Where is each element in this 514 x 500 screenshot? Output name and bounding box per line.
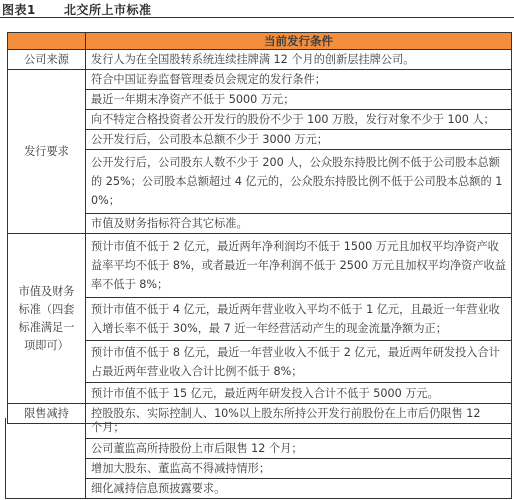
- header-cell-conditions: 当前发行条件: [86, 33, 512, 50]
- table-row: 发行要求 符合中国证券监督管理委员会规定的发行条件；: [8, 70, 512, 90]
- figure-caption: 北交所上市标准: [64, 3, 152, 17]
- table-row: 市值及财务标准（四套标准满足一项即可） 预计市值不低于 2 亿元，最近两年净利润…: [8, 234, 512, 298]
- condition-cell: 向不特定合格投资者公开发行的股份不少于 100 万股，发行对象不少于 100 人…: [86, 110, 512, 130]
- figure-number: 图表1: [2, 1, 64, 18]
- table-row: 公司来源 发行人为在全国股转系统连续挂牌满 12 个月的创新层挂牌公司。: [8, 50, 512, 70]
- condition-cell: 公司董监高所持股份上市后限售 12 个月；: [86, 438, 512, 458]
- condition-cell: 符合中国证券监督管理委员会规定的发行条件；: [86, 70, 512, 90]
- condition-cell: 细化减持信息预披露要求。: [86, 478, 512, 498]
- table-row: 个月；: [6, 418, 512, 438]
- condition-cell: 市值及财务指标符合其它标准。: [86, 214, 512, 234]
- category-cell-empty: [6, 418, 86, 498]
- condition-cell: 公开发行后，公司股本总额不少于 3000 万元；: [86, 130, 512, 150]
- listing-standards-table-continued: 个月； 公司董监高所持股份上市后限售 12 个月； 增加大股东、董监高不得减持情…: [5, 418, 512, 499]
- condition-cell: 增加大股东、董监高不得减持情形；: [86, 458, 512, 478]
- figure-title: 图表1北交所上市标准: [2, 1, 152, 17]
- condition-cell: 最近一年期末净资产不低于 5000 万元；: [86, 90, 512, 110]
- header-cell-category: [8, 33, 86, 50]
- condition-cell: 预计市值不低于 2 亿元，最近两年净利润均不低于 1500 万元且加权平均净资产…: [86, 234, 512, 298]
- condition-cell: 预计市值不低于 4 亿元，最近两年营业收入平均不低于 1 亿元，且最近一年营业收…: [86, 298, 512, 341]
- category-cell: 市值及财务标准（四套标准满足一项即可）: [8, 234, 86, 404]
- category-cell: 公司来源: [8, 50, 86, 70]
- condition-cell: 个月；: [86, 418, 512, 438]
- condition-cell: 发行人为在全国股转系统连续挂牌满 12 个月的创新层挂牌公司。: [86, 50, 512, 70]
- table-header-row: 当前发行条件: [8, 33, 512, 50]
- title-divider: [0, 17, 514, 18]
- condition-cell: 预计市值不低于 15 亿元，最近两年研发投入合计不低于 5000 万元。: [86, 383, 512, 404]
- listing-standards-table: 当前发行条件 公司来源 发行人为在全国股转系统连续挂牌满 12 个月的创新层挂牌…: [7, 32, 512, 424]
- category-cell: 发行要求: [8, 70, 86, 234]
- condition-cell: 预计市值不低于 8 亿元，最近一年营业收入不低于 2 亿元，最近两年研发投入合计…: [86, 341, 512, 383]
- condition-cell: 公开发行后，公司股东人数不少于 200 人，公众股东持股比例不低于公司股本总额的…: [86, 150, 512, 214]
